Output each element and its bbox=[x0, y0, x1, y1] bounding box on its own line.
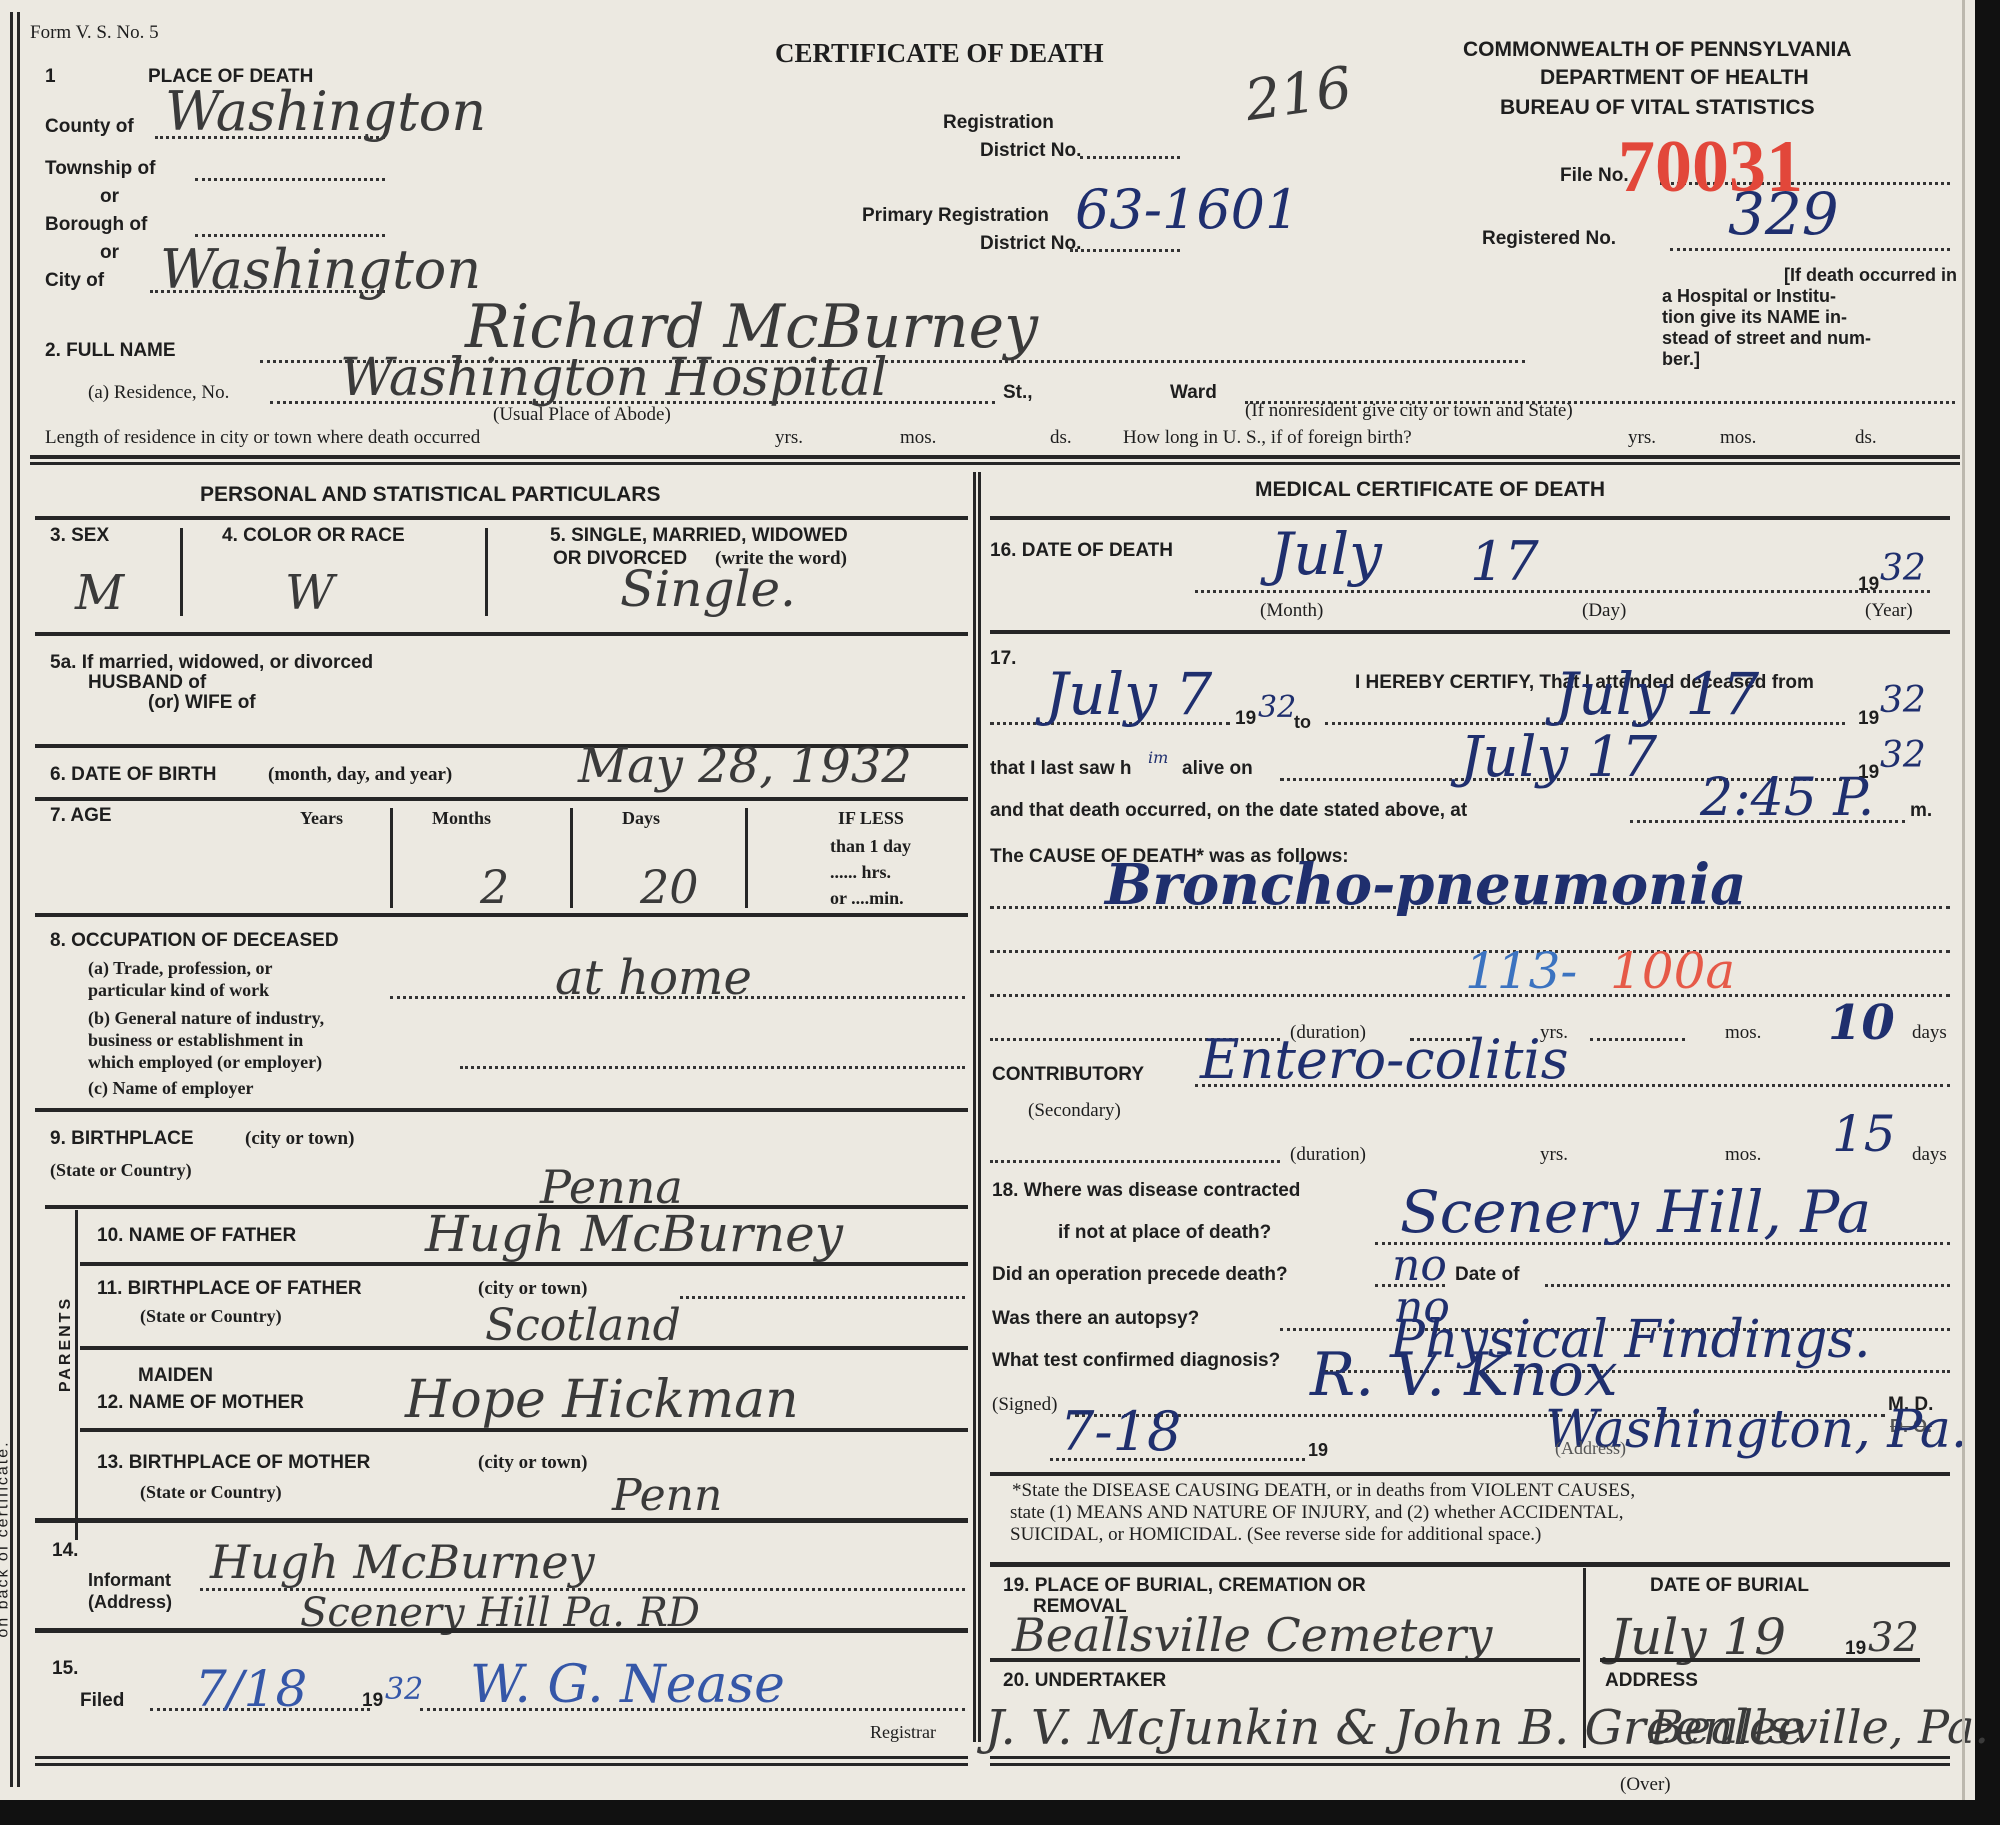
hospital-note: [If death occurred in a Hospital or Inst… bbox=[1662, 265, 1957, 370]
filed-date-field[interactable]: 7/18 bbox=[195, 1660, 307, 1718]
occupation-industry-field[interactable] bbox=[460, 1066, 965, 1069]
city-field[interactable]: Washington bbox=[160, 238, 481, 301]
left-border-inner bbox=[17, 12, 20, 1787]
contributory-cause-field[interactable]: Entero-colitis bbox=[1200, 1028, 1568, 1091]
undertaker-address-field[interactable]: Beallsville, Pa. bbox=[1650, 1700, 1989, 1754]
marital-status-field[interactable]: Single. bbox=[620, 560, 796, 618]
agency-line-1: COMMONWEALTH OF PENNSYLVANIA bbox=[1463, 38, 1851, 62]
age-months-field[interactable]: 2 bbox=[480, 860, 509, 914]
attended-to-field[interactable]: July 17 bbox=[1555, 660, 1759, 728]
last-saw-field[interactable]: July 17 bbox=[1460, 725, 1657, 790]
mother-birthplace-field[interactable]: Penn bbox=[612, 1470, 722, 1521]
residence-label: (a) Residence, No. bbox=[88, 382, 229, 404]
spouse-field[interactable] bbox=[330, 660, 950, 710]
township-field[interactable] bbox=[195, 178, 385, 181]
over-label: (Over) bbox=[1620, 1774, 1671, 1796]
death-certificate: on back of certificate. Form V. S. No. 5… bbox=[0, 0, 1975, 1800]
county-field[interactable]: Washington bbox=[165, 80, 486, 143]
registration-district-field[interactable]: 216 bbox=[1241, 55, 1356, 134]
operation-date-field[interactable] bbox=[1545, 1284, 1950, 1287]
attended-from-field[interactable]: July 7 bbox=[1045, 660, 1212, 728]
agency-line-2: DEPARTMENT OF HEALTH bbox=[1540, 66, 1809, 90]
personal-heading: PERSONAL AND STATISTICAL PARTICULARS bbox=[200, 483, 660, 507]
death-month-field[interactable]: July bbox=[1270, 520, 1382, 588]
page-title: CERTIFICATE OF DEATH bbox=[775, 38, 1104, 69]
time-of-death-field[interactable]: 2:45 P. bbox=[1700, 768, 1874, 828]
borough-field[interactable] bbox=[195, 234, 385, 237]
registered-number-field[interactable]: 329 bbox=[1728, 180, 1839, 248]
side-note: on back of certificate. bbox=[0, 1440, 13, 1637]
full-name-label: 2. FULL NAME bbox=[45, 340, 176, 362]
residence-field[interactable]: Washington Hospital bbox=[340, 348, 888, 408]
parents-label: PARENTS bbox=[57, 1296, 75, 1392]
burial-place-field[interactable]: Beallsville Cemetery bbox=[1012, 1608, 1492, 1662]
primary-duration-field[interactable]: 10 bbox=[1828, 995, 1895, 1051]
registrar-signature: W. G. Nease bbox=[470, 1655, 785, 1715]
mother-name-field[interactable]: Hope Hickman bbox=[405, 1370, 799, 1430]
sex-field[interactable]: M bbox=[75, 565, 124, 621]
section-number-1: 1 bbox=[45, 66, 56, 88]
city-label: City of bbox=[45, 270, 104, 292]
form-number: Form V. S. No. 5 bbox=[30, 22, 159, 44]
primary-district-field[interactable]: 63-1601 bbox=[1075, 178, 1299, 241]
borough-label: Borough of bbox=[45, 214, 147, 236]
father-birthplace-field[interactable]: Scotland bbox=[485, 1300, 681, 1351]
county-label: County of bbox=[45, 116, 134, 138]
footnote-line-3: SUICIDAL, or HOMICIDAL. (See reverse sid… bbox=[1010, 1524, 1541, 1546]
informant-name-field[interactable]: Hugh McBurney bbox=[210, 1535, 595, 1589]
age-days-field[interactable]: 20 bbox=[640, 860, 699, 914]
death-year-field[interactable]: 32 bbox=[1880, 548, 1926, 589]
signed-date-field[interactable]: 7-18 bbox=[1060, 1400, 1181, 1463]
cause-of-death-field[interactable]: Broncho-pneumonia bbox=[1105, 852, 1746, 918]
secondary-duration-field[interactable]: 15 bbox=[1832, 1105, 1896, 1163]
cause-code-red: 100a bbox=[1610, 942, 1735, 1000]
burial-year-field[interactable]: 32 bbox=[1868, 1615, 1919, 1661]
death-day-field[interactable]: 17 bbox=[1470, 530, 1539, 593]
occupation-trade-field[interactable]: at home bbox=[555, 950, 752, 1006]
cause-code-blue: 113- bbox=[1465, 942, 1577, 1000]
race-field[interactable]: W bbox=[285, 565, 334, 621]
township-label: Township of bbox=[45, 158, 155, 180]
filed-year-field[interactable]: 32 bbox=[385, 1672, 423, 1707]
footnote-line-1: *State the DISEASE CAUSING DEATH, or in … bbox=[1012, 1480, 1635, 1502]
date-of-birth-field[interactable]: May 28, 1932 bbox=[578, 738, 912, 794]
medical-heading: MEDICAL CERTIFICATE OF DEATH bbox=[1255, 478, 1605, 502]
agency-line-3: BUREAU OF VITAL STATISTICS bbox=[1500, 96, 1815, 120]
disease-contracted-field[interactable]: Scenery Hill, Pa bbox=[1400, 1178, 1871, 1246]
father-name-field[interactable]: Hugh McBurney bbox=[425, 1205, 843, 1263]
footnote-line-2: state (1) MEANS AND NATURE OF INJURY, an… bbox=[1010, 1502, 1623, 1524]
